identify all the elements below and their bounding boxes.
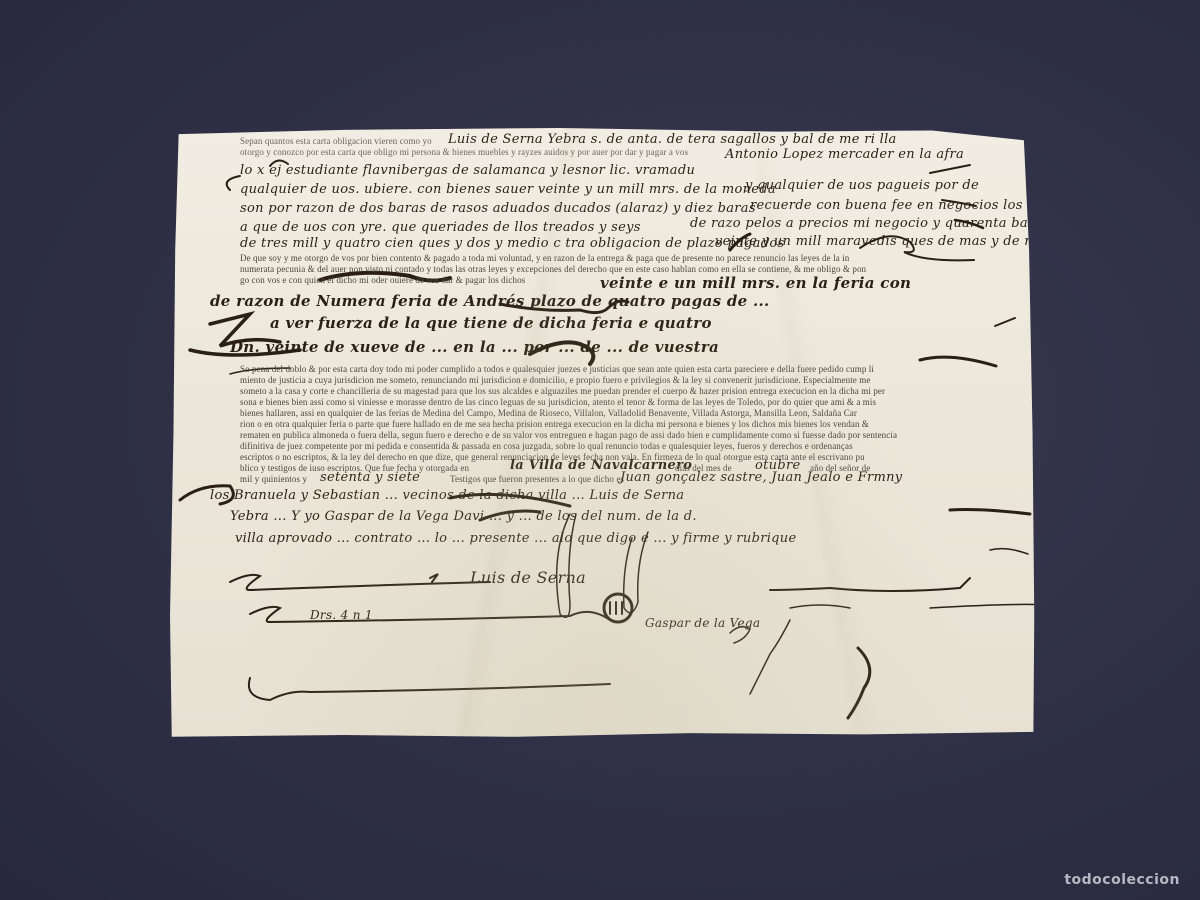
handwritten-line: veinte e un mill mrs. en la feria con	[600, 274, 911, 292]
handwritten-line: Dn. veinte de xueve de ... en la ... por…	[230, 338, 719, 356]
printed-line: Sepan quantos esta carta obligacion vier…	[240, 136, 432, 147]
handwritten-line: son por razon de dos baras de rasos adua…	[240, 201, 756, 216]
printed-line: So pena del doblo & por esta carta doy t…	[240, 364, 874, 375]
printed-line: rematen en publica almoneda o fuera dell…	[240, 430, 897, 441]
printed-line: rion o en otra qualquier feria o parte q…	[240, 419, 869, 430]
handwritten-line: veinte y un mill maravedis ques de mas y…	[715, 234, 1061, 249]
handwritten-line: Antonio Lopez mercader en la afra	[725, 147, 964, 162]
printed-line: Testigos que fueron presentes a lo que d…	[450, 474, 624, 485]
printed-line: difinitiva de juez competente por mi ped…	[240, 441, 853, 452]
handwritten-line: de razo pelos a precios mi negocio y qua…	[690, 216, 1047, 231]
handwritten-line: recuerde con buena fee en negocios los q…	[750, 198, 1072, 213]
handwritten-line: Yebra ... Y yo Gaspar de la Vega Davi ..…	[230, 509, 697, 524]
handwritten-line: a que de uos con yre. que queriades de l…	[240, 220, 641, 235]
handwritten-line: lo x ej estudiante flavnibergas de salam…	[240, 163, 695, 178]
printed-line: bienes hallaren, assi en qualquier de la…	[240, 408, 857, 419]
handwritten-line: Luis de Serna Yebra s. de anta. de tera …	[448, 132, 897, 147]
handwritten-line: de tres mill y quatro cien ques y dos y …	[240, 236, 784, 251]
printed-line: De que soy y me otorgo de vos por bien c…	[240, 253, 849, 264]
printed-line: sona e bienes bien assi como si viniesse…	[240, 397, 876, 408]
handwritten-line: de razon de Numera feria de Andrés plazo…	[210, 292, 770, 310]
handwritten-line: qualquier de uos. ubiere. con bienes sau…	[240, 182, 776, 197]
manuscript-document: Sepan quantos esta carta obligacion vier…	[170, 128, 1036, 738]
handwritten-line: los Branuela y Sebastian ... vecinos de …	[210, 488, 684, 503]
handwritten-witnesses: Juan gonçalez sastre, Juan Jealo e Frmny	[620, 470, 902, 485]
printed-line: miento de justicia a cuya jurisdicion me…	[240, 375, 870, 386]
handwritten-line: a ver fuerza de la que tiene de dicha fe…	[270, 314, 712, 332]
printed-line: mil y quinientos y	[240, 474, 307, 485]
printed-line: go con vos e con quien el dicho mi oder …	[240, 275, 525, 286]
signature-gaspar-de-la-vega: Gaspar de la Vega	[645, 616, 760, 630]
handwritten-line: y qualquier de uos pagueis por de	[745, 178, 979, 193]
watermark-logo: todocoleccion	[1064, 872, 1180, 888]
handwritten-line: villa aprovado ... contrato ... lo ... p…	[235, 531, 796, 546]
margin-note-fees: Drs. 4 n 1	[310, 608, 373, 622]
signature-luis-de-serna: Luis de Serna	[470, 568, 586, 587]
printed-line: someto a la casa y corte e chancilleria …	[240, 386, 885, 397]
printed-line: otorgo y conozco por esta carta que obli…	[240, 147, 688, 158]
handwritten-year: setenta y siete	[320, 470, 420, 485]
